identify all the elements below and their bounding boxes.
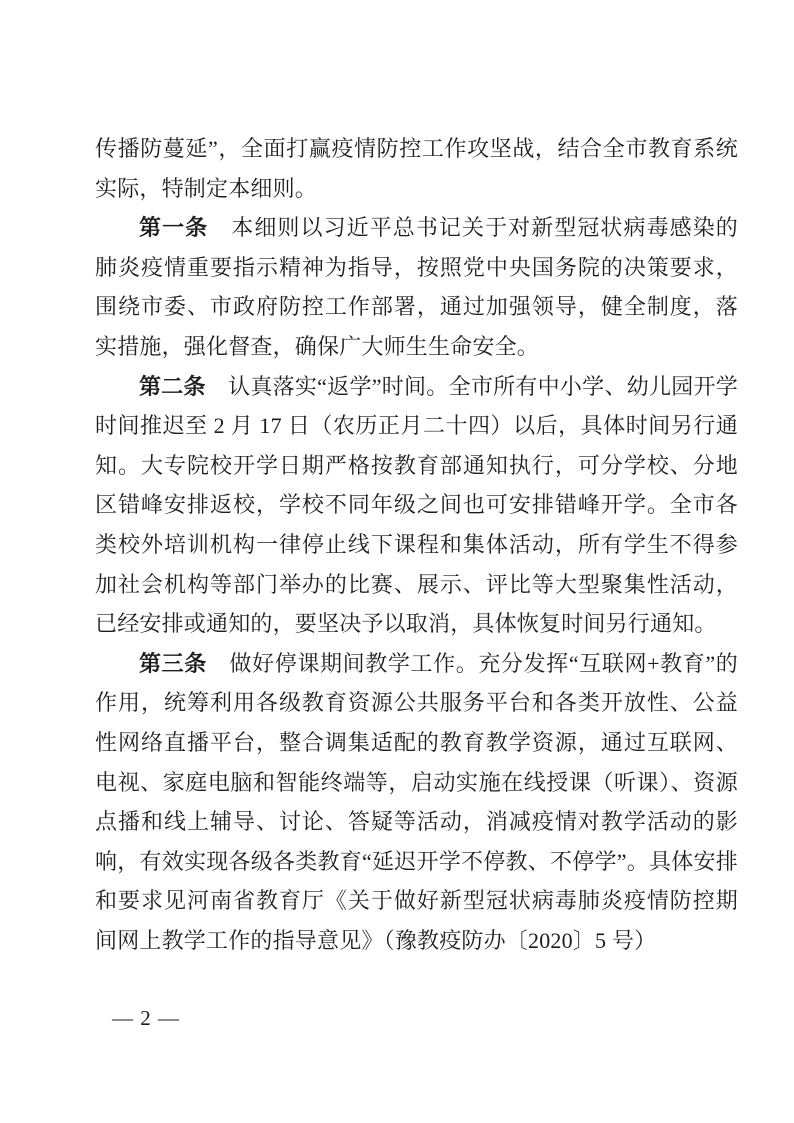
article-label: 第一条 <box>139 215 208 240</box>
paragraph-text: 认真落实“返学”时间。全市所有中小学、幼儿园开学时间推迟至 2 月 17 日（农… <box>95 374 738 637</box>
paragraph: 第二条 认真落实“返学”时间。全市所有中小学、幼儿园开学时间推迟至 2 月 17… <box>95 367 738 644</box>
paragraph-text: 传播防蔓延”，全面打赢疫情防控工作攻坚战，结合全市教育系统实际，特制定本细则。 <box>95 136 738 201</box>
paragraph: 第三条 做好停课期间教学工作。充分发挥“互联网+教育”的作用，统筹利用各级教育资… <box>95 644 738 961</box>
article-label: 第二条 <box>139 374 206 399</box>
document-page: 传播防蔓延”，全面打赢疫情防控工作攻坚战，结合全市教育系统实际，特制定本细则。 … <box>0 0 794 1123</box>
paragraph: 传播防蔓延”，全面打赢疫情防控工作攻坚战，结合全市教育系统实际，特制定本细则。 <box>95 129 738 208</box>
page-number: — 2 — <box>112 998 180 1038</box>
paragraph: 第一条 本细则以习近平总书记关于对新型冠状病毒感染的肺炎疫情重要指示精神为指导，… <box>95 208 738 366</box>
document-body: 传播防蔓延”，全面打赢疫情防控工作攻坚战，结合全市教育系统实际，特制定本细则。 … <box>95 129 738 960</box>
paragraph-text: 做好停课期间教学工作。充分发挥“互联网+教育”的作用，统筹利用各级教育资源公共服… <box>95 651 738 953</box>
article-label: 第三条 <box>139 651 207 676</box>
